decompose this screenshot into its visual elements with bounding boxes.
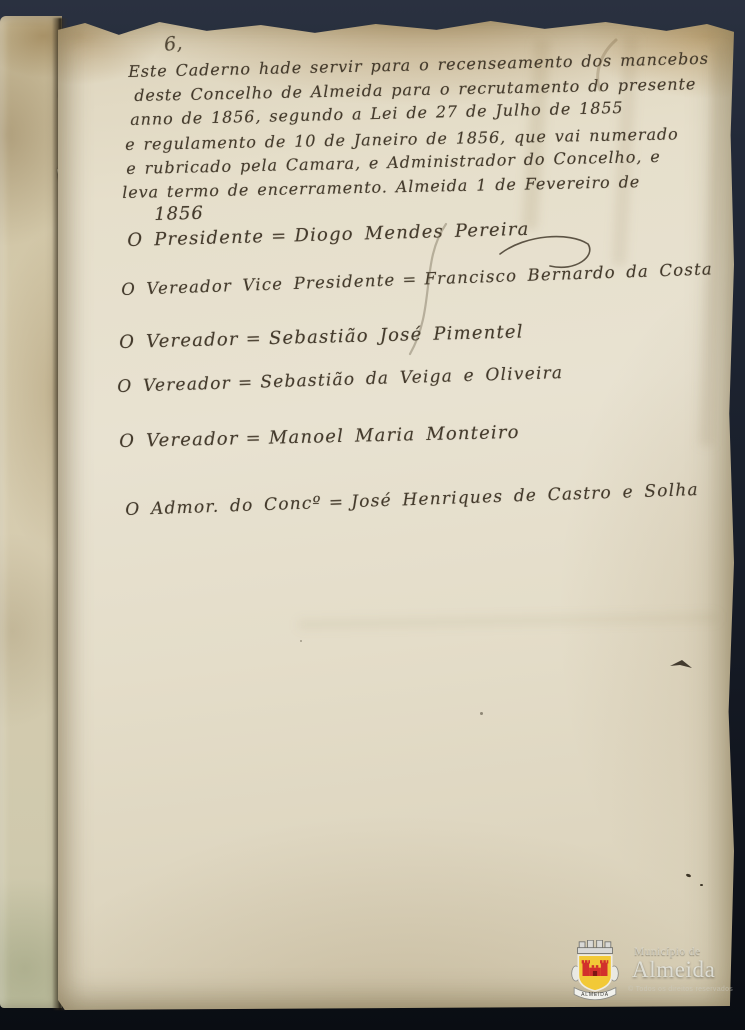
page-number-mark: 6,: [163, 32, 183, 56]
manuscript-line: 1856: [154, 203, 204, 225]
official-title: O Presidente: [127, 226, 264, 251]
equals-separator: =: [402, 270, 418, 290]
crest-banner-text: ALMEIDA: [581, 992, 609, 998]
equals-separator: =: [245, 428, 262, 449]
official-title: O Vereador: [119, 428, 239, 452]
paper-fold-shadow: [699, 46, 727, 446]
ink-speck: [480, 712, 483, 715]
equals-separator: =: [245, 328, 262, 349]
scanned-document-photo: 6, Este Caderno hade servir para o recen…: [0, 0, 745, 1030]
ink-speck: [700, 884, 703, 886]
mural-crown: [578, 940, 613, 953]
equals-separator: =: [271, 226, 288, 247]
ink-speck: [300, 640, 302, 642]
castle-gate: [593, 971, 597, 976]
municipality-watermark: ALMEIDA Município de Almeida © Todos os …: [568, 938, 744, 1004]
paper-crease-shadow: [298, 612, 718, 629]
watermark-almeida: Almeida: [632, 957, 715, 983]
official-title: O Vereador: [117, 373, 231, 397]
equals-separator: =: [238, 373, 254, 393]
almeida-coat-of-arms: ALMEIDA: [570, 940, 620, 1002]
watermark-copyright: © Todos os direitos reservados: [628, 986, 733, 993]
equals-separator: =: [328, 492, 344, 513]
official-title: O Vereador: [119, 329, 239, 353]
